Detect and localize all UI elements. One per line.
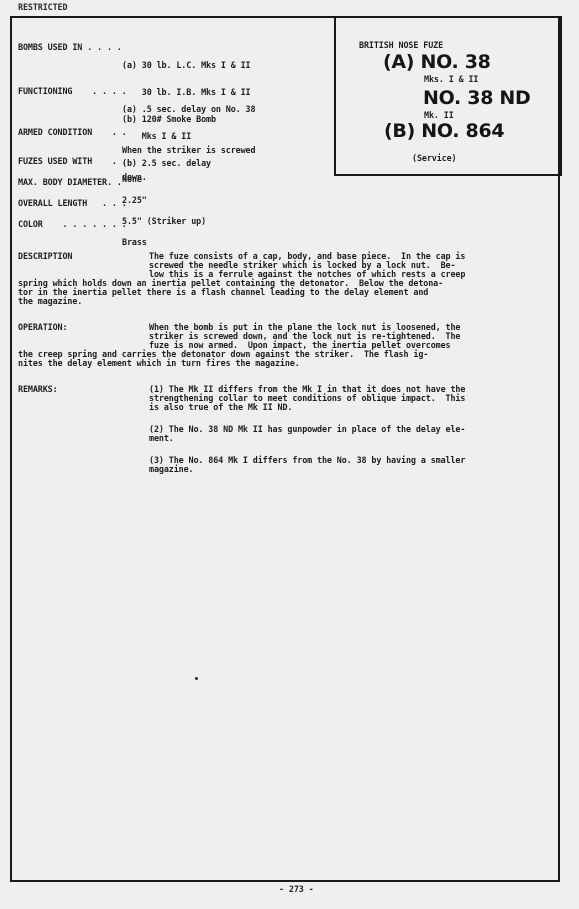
- spec-label: COLOR . . . . . . .: [18, 220, 127, 229]
- fuze-title-box: BRITISH NOSE FUZE (A) NO. 38 Mks. I & II…: [334, 16, 562, 176]
- restricted-marking: RESTRICTED: [18, 3, 67, 12]
- fuze-nd-title: NO. 38 ND: [423, 87, 531, 109]
- operation-text: When the bomb is put in the plane the lo…: [18, 323, 542, 368]
- spec-label: OVERALL LENGTH . . .: [18, 199, 127, 208]
- fuze-status: (Service): [412, 154, 456, 163]
- spec-label: FUNCTIONING . . . .: [18, 87, 127, 96]
- remark-item-2: (2) The No. 38 ND Mk II has gunpowder in…: [149, 425, 549, 443]
- fuze-a-marks: Mks. I & II: [424, 75, 478, 84]
- remark-item-3: (3) The No. 864 Mk I differs from the No…: [149, 456, 549, 474]
- fuze-b-title: (B) NO. 864: [384, 120, 504, 142]
- remark-item-1: (1) The Mk II differs from the Mk I in t…: [149, 385, 549, 412]
- spec-label: MAX. BODY DIAMETER. .: [18, 178, 122, 187]
- ink-speck: [195, 677, 198, 680]
- remarks-label: REMARKS:: [18, 385, 58, 394]
- fuze-nd-marks: Mk. II: [424, 111, 454, 120]
- spec-label: BOMBS USED IN . . . .: [18, 43, 122, 52]
- fuze-a-title: (A) NO. 38: [383, 51, 491, 73]
- page-number: - 273 -: [279, 885, 314, 894]
- fuze-box-heading: BRITISH NOSE FUZE: [359, 41, 443, 50]
- spec-label: FUZES USED WITH . .: [18, 157, 127, 166]
- spec-label: ARMED CONDITION . .: [18, 128, 127, 137]
- description-text: The fuze consists of a cap, body, and ba…: [18, 252, 542, 306]
